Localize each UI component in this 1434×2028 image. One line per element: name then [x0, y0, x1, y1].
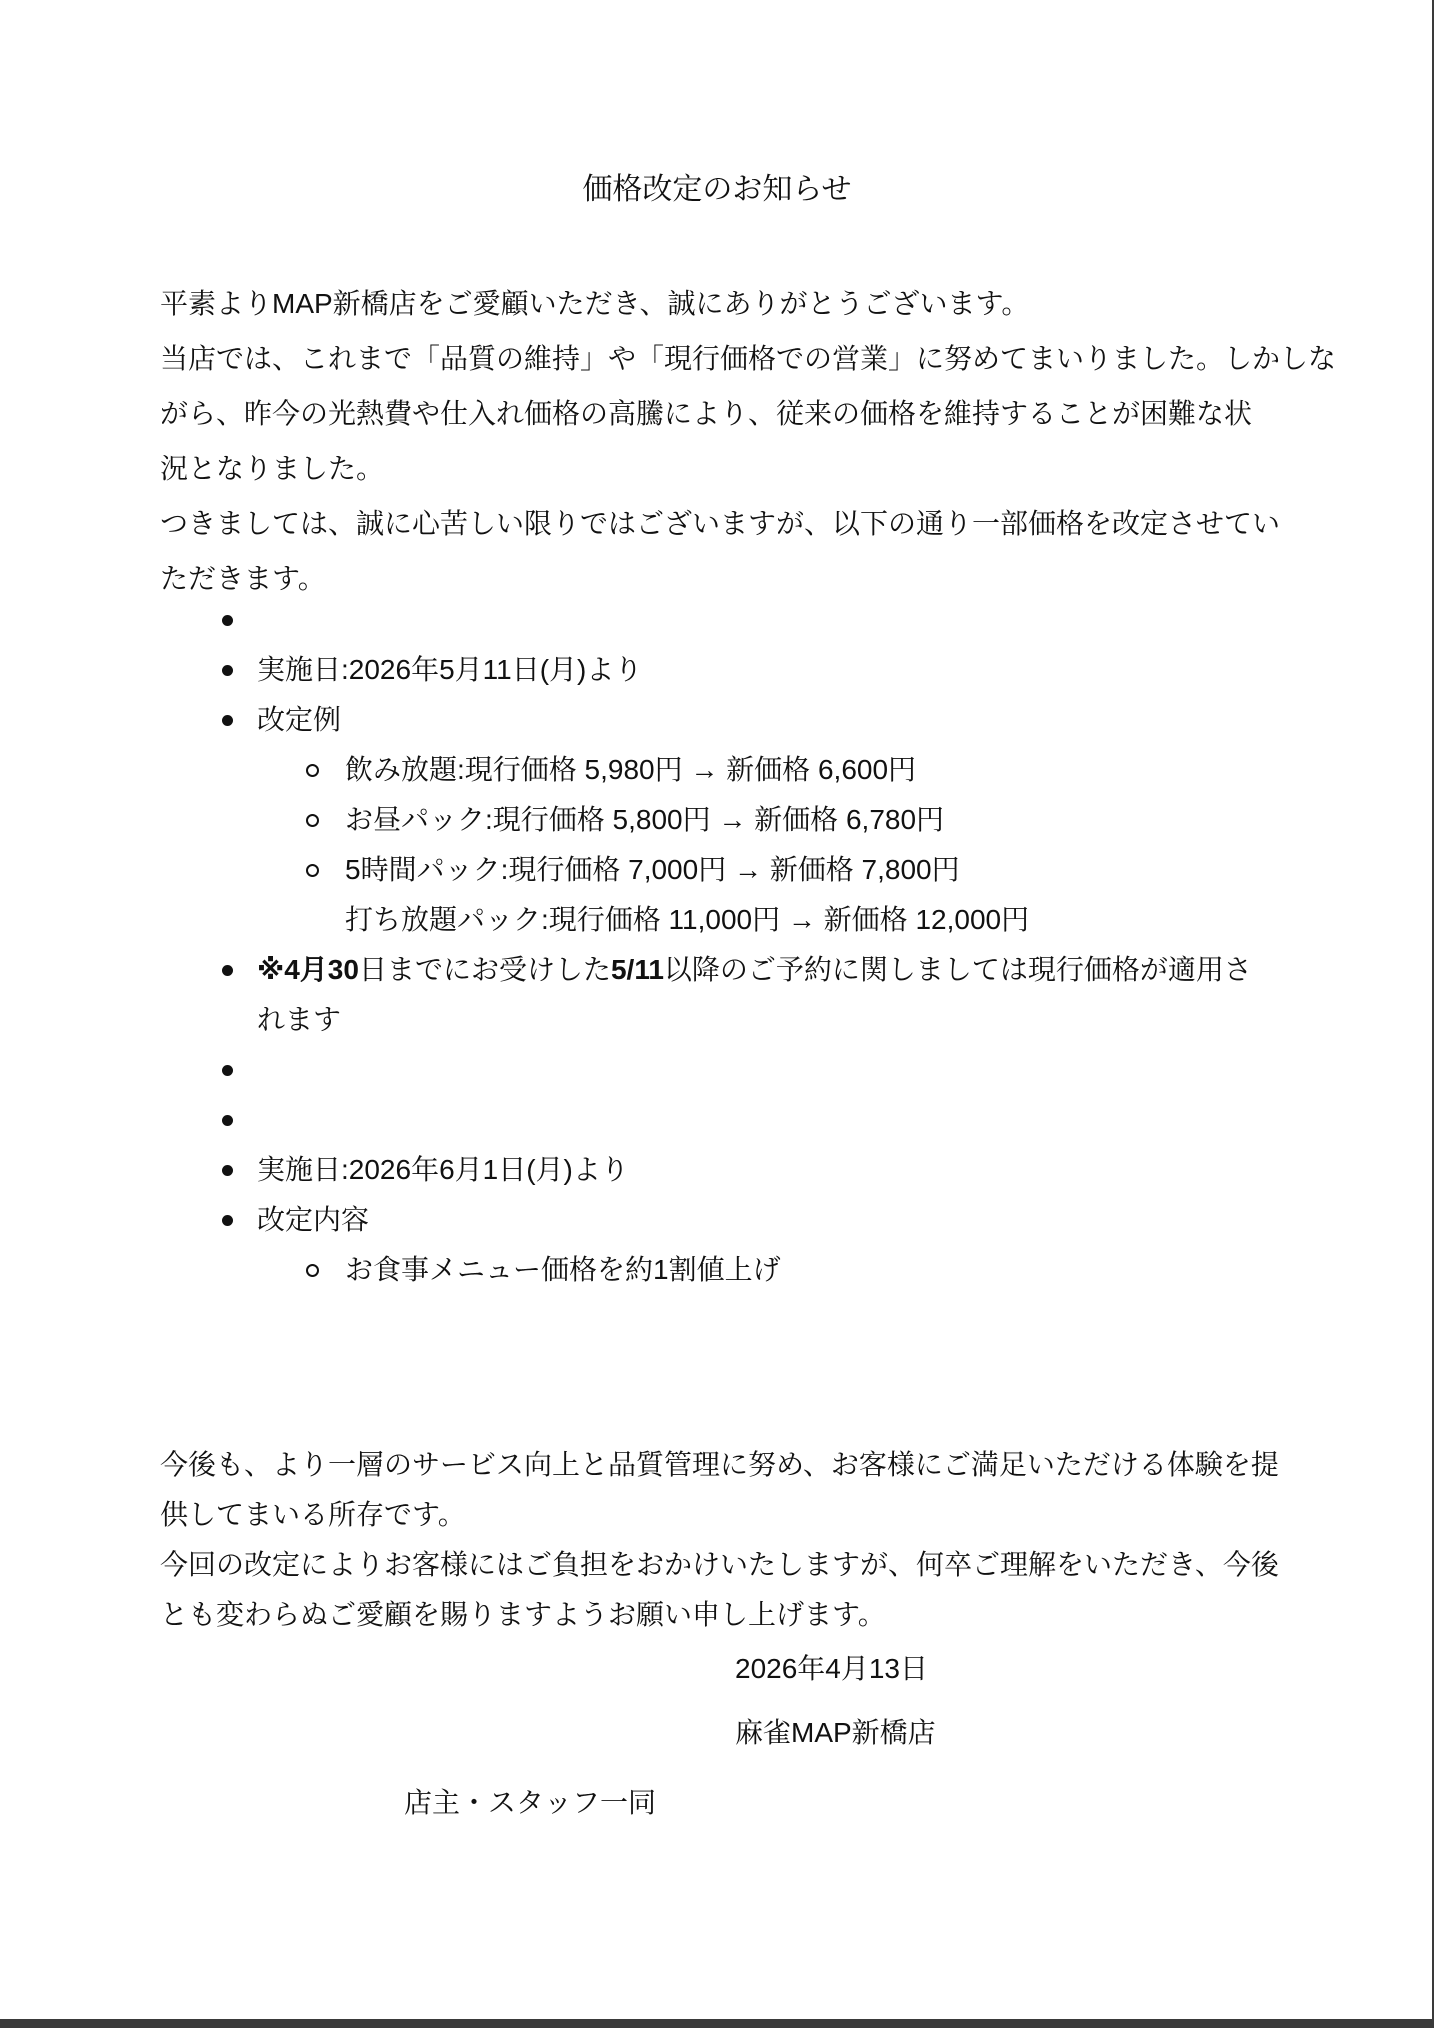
- closing-paragraph: 今後も、より一層のサービス向上と品質管理に努め、お客様にご満足いただける体験を提…: [160, 1440, 1410, 1640]
- signature-staff: 店主・スタッフ一同: [404, 1786, 656, 1820]
- list-item-food-menu: お食事メニュー価格を約1割値上げ: [160, 1245, 1350, 1295]
- list-item-empty: [160, 595, 1350, 645]
- list-item-revision-examples: 改定例: [160, 695, 1350, 745]
- intro-paragraph: 平素よりMAP新橋店をご愛顧いただき、誠にありがとうございます。 当店では、これ…: [160, 276, 1410, 606]
- note-bold-april-date: ※4月30: [257, 954, 359, 985]
- note-bold-may-date: 5/11: [611, 954, 664, 985]
- list-item-effective-date-june: 実施日:2026年6月1日(月)より: [160, 1145, 1350, 1195]
- window-edge-bottom-bar: [0, 2019, 1434, 2028]
- list-item-effective-date-may: 実施日:2026年5月11日(月)より: [160, 645, 1350, 695]
- list-item-revision-content: 改定内容: [160, 1195, 1350, 1245]
- list-item-empty: [160, 1045, 1350, 1095]
- note-regular-text-1: 日までにお受けした: [359, 954, 611, 985]
- page-title: 価格改定のお知らせ: [0, 170, 1434, 210]
- notice-list: 実施日:2026年5月11日(月)より 改定例 飲み放題:現行価格 5,980円…: [160, 595, 1350, 1295]
- list-item-unlimited-pack: 打ち放題パック:現行価格 11,000円 → 新価格 12,000円: [160, 895, 1350, 945]
- list-item-drink-plan: 飲み放題:現行価格 5,980円 → 新価格 6,600円: [160, 745, 1350, 795]
- list-item-empty: [160, 1095, 1350, 1145]
- signature-date: 2026年4月13日: [735, 1652, 928, 1686]
- document-page: 価格改定のお知らせ 平素よりMAP新橋店をご愛顧いただき、誠にありがとうございま…: [0, 0, 1434, 2028]
- list-item-lunch-pack: お昼パック:現行価格 5,800円 → 新価格 6,780円: [160, 795, 1350, 845]
- list-item-reservation-note: ※4月30日までにお受けした5/11以降のご予約に関しましては現行価格が適用さ …: [160, 945, 1350, 1045]
- signature-store-name: 麻雀MAP新橋店: [735, 1716, 936, 1750]
- list-item-5hour-pack: 5時間パック:現行価格 7,000円 → 新価格 7,800円: [160, 845, 1350, 895]
